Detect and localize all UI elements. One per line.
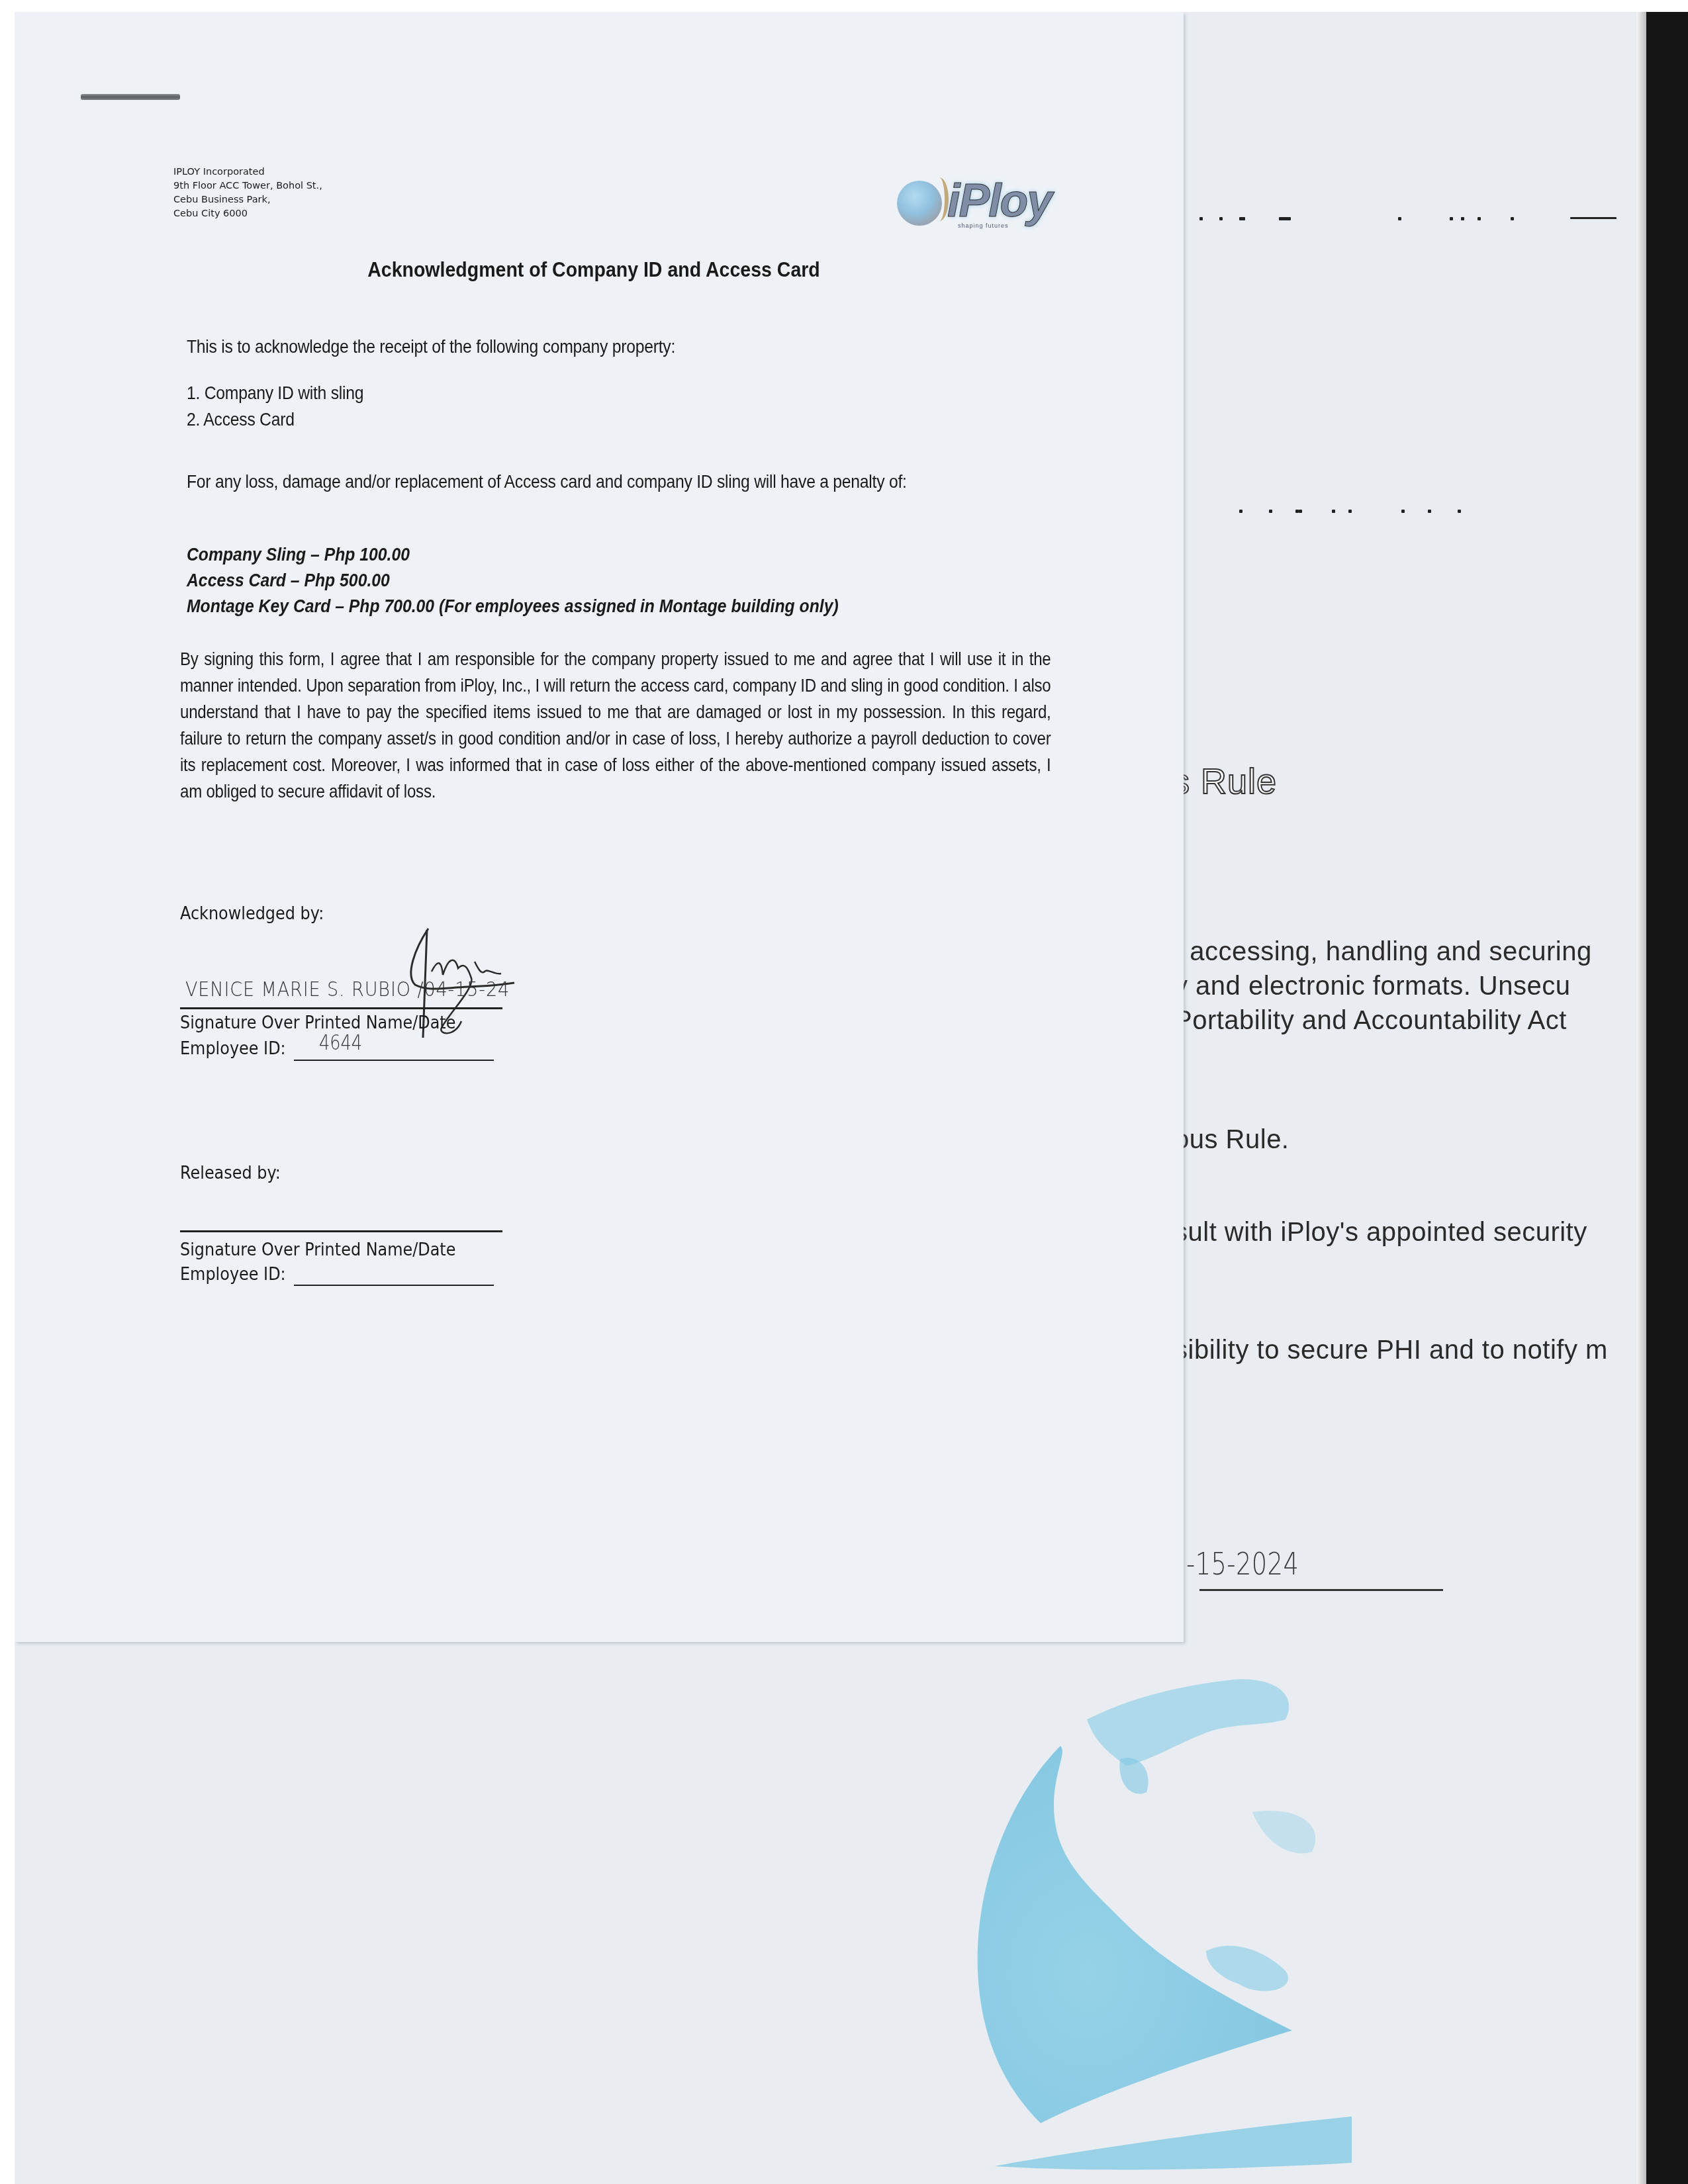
intro-text: This is to acknowledge the receipt of th…	[187, 334, 1009, 360]
back-handwritten-date: -15-2024	[1186, 1546, 1299, 1582]
released-employee-id-label: Employee ID:	[180, 1265, 286, 1285]
back-line: f accessing, handling and securing	[1174, 937, 1592, 967]
penalty-line: Company Sling – Php 100.00	[187, 541, 410, 567]
acknowledged-employee-id-line	[294, 1060, 494, 1061]
penalty-intro: For any loss, damage and/or replacement …	[187, 469, 1074, 495]
globe-watermark-icon	[955, 1660, 1484, 2176]
acknowledged-signature-line	[180, 1007, 502, 1009]
form-title: Acknowledgment of Company ID and Access …	[213, 258, 974, 282]
scanner-bed-edge	[1646, 12, 1688, 2184]
logo-tagline: shaping futures	[958, 222, 1009, 229]
back-line: sibility to secure PHI and to notify m	[1174, 1336, 1608, 1365]
address-line: IPLOY Incorporated	[173, 165, 322, 179]
back-line: y and electronic formats. Unsecu	[1174, 972, 1570, 1001]
penalty-line: Montage Key Card – Php 700.00 (For emplo…	[187, 593, 839, 619]
acknowledgment-form-page: IPLOY Incorporated 9th Floor ACC Tower, …	[15, 12, 1184, 1642]
released-by-label: Released by:	[180, 1163, 281, 1183]
acknowledged-signature-caption: Signature Over Printed Name/Date	[180, 1013, 455, 1033]
penalty-line: Access Card – Php 500.00	[187, 567, 390, 593]
acknowledged-by-label: Acknowledged by:	[180, 904, 324, 924]
logo-swoosh-icon	[930, 177, 949, 221]
back-heading-fragment: s Rule	[1172, 761, 1277, 802]
iploy-logo: iPloy shaping futures	[892, 174, 1054, 234]
released-signature-caption: Signature Over Printed Name/Date	[180, 1240, 455, 1260]
redaction-dots	[1199, 217, 1623, 220]
address-line: Cebu City 6000	[173, 207, 322, 221]
handwritten-name-date: VENICE MARIE S. RUBIO /04-15-24	[185, 978, 510, 1001]
redaction-dots	[1239, 510, 1623, 512]
acknowledged-employee-id-value: 4644	[319, 1030, 362, 1055]
property-item: 2. Access Card	[187, 406, 1009, 433]
back-line: ous Rule.	[1174, 1125, 1289, 1155]
acknowledged-employee-id-label: Employee ID:	[180, 1039, 286, 1059]
back-line: sult with iPloy's appointed security	[1174, 1218, 1587, 1248]
back-date-line	[1199, 1589, 1443, 1591]
address-line: 9th Floor ACC Tower, Bohol St.,	[173, 179, 322, 193]
logo-wordmark: iPloy	[947, 174, 1051, 227]
released-employee-id-line	[294, 1285, 494, 1286]
staple-icon	[81, 94, 180, 100]
back-line: Portability and Accountability Act	[1174, 1006, 1567, 1036]
address-line: Cebu Business Park,	[173, 193, 322, 207]
agreement-text: By signing this form, I agree that I am …	[180, 646, 1051, 805]
property-item: 1. Company ID with sling	[187, 380, 1009, 406]
company-address: IPLOY Incorporated 9th Floor ACC Tower, …	[173, 165, 322, 221]
released-signature-line	[180, 1230, 502, 1232]
